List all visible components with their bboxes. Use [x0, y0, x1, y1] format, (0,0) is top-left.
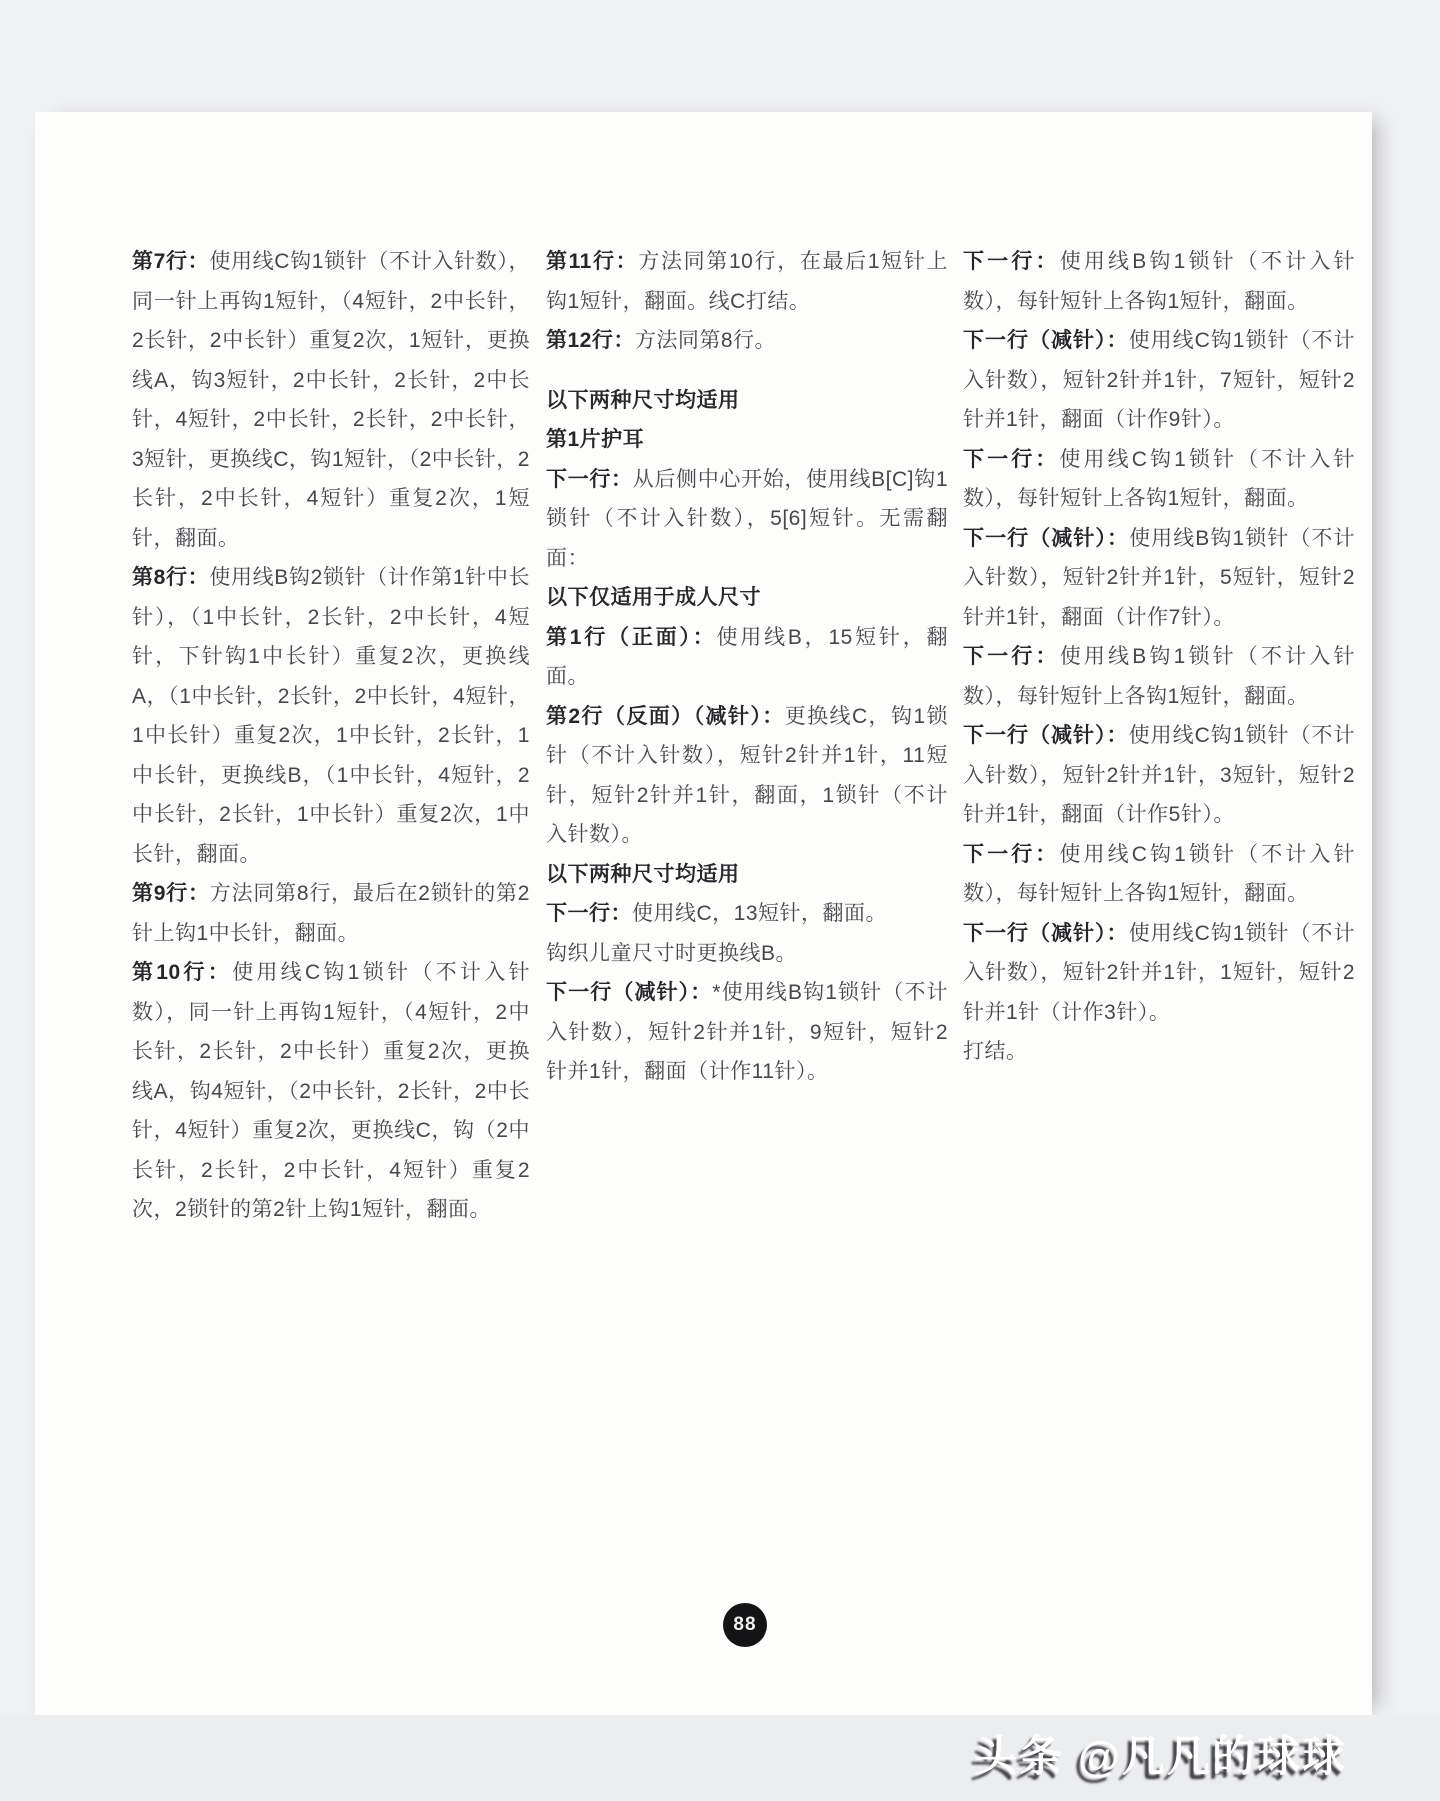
spacer [546, 361, 948, 381]
pattern-paragraph: 第9行：方法同第8行，最后在2锁针的第2针上钩1中长针，翻面。 [132, 874, 530, 953]
row-label: 第11行： [546, 250, 638, 273]
row-label: 第8行： [132, 566, 209, 589]
footer-strip: 头条 @凡凡的球球 [0, 1715, 1440, 1801]
page-number: 88 [733, 1614, 756, 1636]
pattern-paragraph: 下一行：使用线B钩1锁针（不计入针数），每针短针上各钩1短针，翻面。 [963, 242, 1355, 321]
pattern-paragraph: 下一行：使用线C钩1锁针（不计入针数），每针短针上各钩1短针，翻面。 [963, 440, 1355, 519]
pattern-paragraph: 下一行（减针）：*使用线B钩1锁针（不计入针数），短针2针并1针，9短针，短针2… [546, 973, 948, 1092]
pattern-paragraph: 第2行（反面）（减针）：更换线C，钩1锁针（不计入针数），短针2针并1针，11短… [546, 697, 948, 855]
row-label: 下一行： [546, 902, 632, 925]
book-page: 第7行：使用线C钩1锁针（不计入针数），同一针上再钩1短针，（4短针，2中长针，… [35, 112, 1372, 1715]
pattern-paragraph: 下一行：使用线C，13短针，翻面。 [546, 894, 948, 934]
row-label: 下一行（减针）： [963, 724, 1129, 747]
pattern-paragraph: 打结。 [963, 1032, 1355, 1072]
row-label: 下一行（减针）： [963, 329, 1129, 352]
page-number-badge: 88 [723, 1603, 767, 1647]
pattern-paragraph: 第1行（正面）：使用线B，15短针，翻面。 [546, 618, 948, 697]
row-label: 第12行： [546, 329, 635, 352]
pattern-paragraph: 第10行：使用线C钩1锁针（不计入针数），同一针上再钩1短针，（4短针，2中长针… [132, 953, 530, 1230]
text-column-right: 下一行：使用线B钩1锁针（不计入针数），每针短针上各钩1短针，翻面。下一行（减针… [963, 242, 1355, 1072]
pattern-paragraph: 第11行：方法同第10行，在最后1短针上钩1短针，翻面。线C打结。 [546, 242, 948, 321]
row-label: 下一行（减针）： [963, 922, 1129, 945]
section-heading: 以下两种尺寸均适用 [546, 381, 948, 421]
pattern-paragraph: 钩织儿童尺寸时更换线B。 [546, 934, 948, 974]
text-column-middle: 第11行：方法同第10行，在最后1短针上钩1短针，翻面。线C打结。第12行：方法… [546, 242, 948, 1092]
row-label: 第10行： [132, 961, 232, 984]
row-label: 下一行（减针）： [963, 527, 1129, 550]
pattern-paragraph: 下一行（减针）：使用线C钩1锁针（不计入针数），短针2针并1针，3短针，短针2针… [963, 716, 1355, 835]
pattern-paragraph: 下一行（减针）：使用线C钩1锁针（不计入针数），短针2针并1针，1短针，短针2针… [963, 914, 1355, 1033]
row-label: 下一行： [963, 843, 1059, 866]
row-label: 第7行： [132, 250, 209, 273]
pattern-paragraph: 第7行：使用线C钩1锁针（不计入针数），同一针上再钩1短针，（4短针，2中长针，… [132, 242, 530, 558]
pattern-paragraph: 下一行：从后侧中心开始，使用线B[C]钩1锁针（不计入针数），5[6]短针。无需… [546, 460, 948, 579]
row-label: 下一行（减针）： [546, 981, 712, 1004]
row-label: 下一行： [546, 468, 633, 491]
section-heading: 以下两种尺寸均适用 [546, 855, 948, 895]
row-label: 下一行： [963, 645, 1060, 668]
pattern-paragraph: 第8行：使用线B钩2锁针（计作第1针中长针），（1中长针，2长针，2中长针，4短… [132, 558, 530, 874]
pattern-paragraph: 下一行（减针）：使用线B钩1锁针（不计入针数），短针2针并1针，5短针，短针2针… [963, 519, 1355, 638]
row-label: 下一行： [963, 448, 1059, 471]
row-label: 第1行（正面）： [546, 626, 717, 649]
pattern-paragraph: 第12行：方法同第8行。 [546, 321, 948, 361]
text-column-left: 第7行：使用线C钩1锁针（不计入针数），同一针上再钩1短针，（4短针，2中长针，… [132, 242, 530, 1230]
watermark-text: 头条 @凡凡的球球 [974, 1723, 1347, 1784]
row-label: 下一行： [963, 250, 1060, 273]
pattern-paragraph: 下一行：使用线C钩1锁针（不计入针数），每针短针上各钩1短针，翻面。 [963, 835, 1355, 914]
section-heading: 第1片护耳 [546, 420, 948, 460]
pattern-paragraph: 下一行（减针）：使用线C钩1锁针（不计入针数），短针2针并1针，7短针，短针2针… [963, 321, 1355, 440]
section-heading: 以下仅适用于成人尺寸 [546, 578, 948, 618]
row-label: 第2行（反面）（减针）： [546, 705, 785, 728]
row-label: 第9行： [132, 882, 210, 905]
pattern-paragraph: 下一行：使用线B钩1锁针（不计入针数），每针短针上各钩1短针，翻面。 [963, 637, 1355, 716]
